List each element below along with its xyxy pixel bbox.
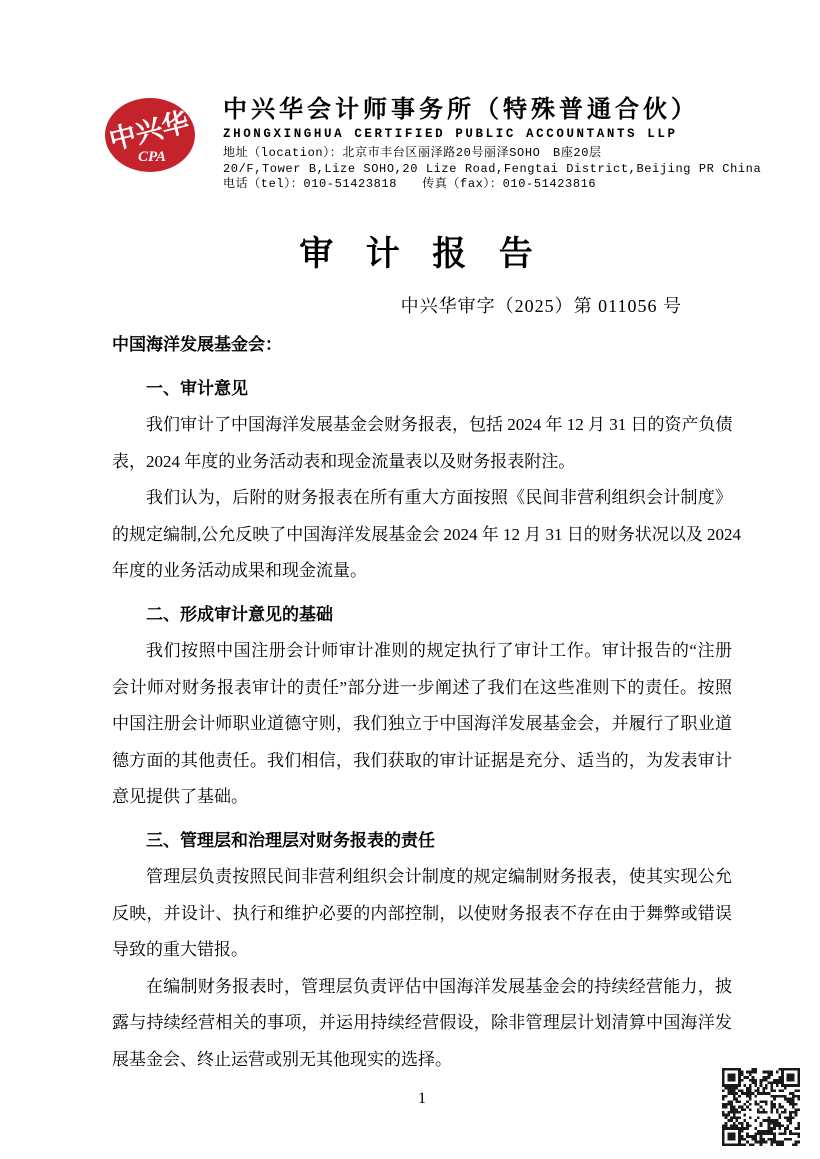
qr-code [722, 1068, 800, 1146]
paragraph-line: 中国注册会计师职业道德守则，我们独立于中国海洋发展基金会，并履行了职业道 [112, 706, 732, 743]
sections: 一、审计意见我们审计了中国海洋发展基金会财务报表，包括 2024 年 12 月 … [112, 371, 732, 1079]
paragraph-line: 管理层负责按照民间非营利组织会计制度的规定编制财务报表，使其实现公允 [112, 859, 732, 896]
reference-number: 中兴华审字（2025）第 011056 号 [112, 292, 682, 318]
letterhead-text: 中兴华会计师事务所（特殊普通合伙） ZHONGXINGHUA CERTIFIED… [223, 96, 761, 193]
paragraph-line: 意见提供了基础。 [112, 779, 732, 816]
paragraph-line: 我们按照中国注册会计师审计准则的规定执行了审计工作。审计报告的“注册 [112, 633, 732, 670]
section-heading: 二、形成审计意见的基础 [112, 597, 732, 634]
paragraph-line: 年度的业务活动成果和现金流量。 [112, 553, 732, 590]
audit-report-page: 中兴华 CPA 中兴华会计师事务所（特殊普通合伙） ZHONGXINGHUA C… [0, 0, 820, 1159]
paragraph-line: 在编制财务报表时，管理层负责评估中国海洋发展基金会的持续经营能力，披 [112, 969, 732, 1006]
firm-address-cn: 地址（location）：北京市丰台区丽泽路20号丽泽SOHO B座20层 [223, 146, 761, 162]
firm-tel-fax: 电话（tel）：010-51423818 传真（fax）：010-5142381… [223, 177, 761, 193]
paragraph-line: 我们认为，后附的财务报表在所有重大方面按照《民间非营利组织会计制度》 [112, 480, 732, 517]
firm-name-cn: 中兴华会计师事务所（特殊普通合伙） [223, 96, 761, 124]
firm-address-en: 20/F,Tower B,Lize SOHO,20 Lize Road,Feng… [223, 162, 761, 178]
report-body: 中国海洋发展基金会： 一、审计意见我们审计了中国海洋发展基金会财务报表，包括 2… [112, 327, 732, 1078]
paragraph-line: 露与持续经营相关的事项，并运用持续经营假设，除非管理层计划清算中国海洋发 [112, 1005, 732, 1042]
letterhead: 中兴华 CPA 中兴华会计师事务所（特殊普通合伙） ZHONGXINGHUA C… [103, 96, 761, 193]
document-title: 审 计 报 告 [112, 226, 732, 275]
firm-logo-icon: 中兴华 CPA [103, 96, 197, 176]
paragraph-line: 表，2024 年度的业务活动表和现金流量表以及财务报表附注。 [112, 444, 732, 481]
paragraph: 我们审计了中国海洋发展基金会财务报表，包括 2024 年 12 月 31 日的资… [112, 407, 732, 480]
firm-name-en: ZHONGXINGHUA CERTIFIED PUBLIC ACCOUNTANT… [223, 127, 761, 142]
paragraph-line: 的规定编制,公允反映了中国海洋发展基金会 2024 年 12 月 31 日的财务… [112, 517, 732, 554]
paragraph: 我们认为，后附的财务报表在所有重大方面按照《民间非营利组织会计制度》的规定编制,… [112, 480, 732, 590]
paragraph: 我们按照中国注册会计师审计准则的规定执行了审计工作。审计报告的“注册会计师对财务… [112, 633, 732, 816]
paragraph: 在编制财务报表时，管理层负责评估中国海洋发展基金会的持续经营能力，披露与持续经营… [112, 969, 732, 1079]
paragraph: 管理层负责按照民间非营利组织会计制度的规定编制财务报表，使其实现公允反映，并设计… [112, 859, 732, 969]
paragraph-line: 导致的重大错报。 [112, 932, 732, 969]
paragraph-line: 会计师对财务报表审计的责任”部分进一步阐述了我们在这些准则下的责任。按照 [112, 670, 732, 707]
paragraph-line: 我们审计了中国海洋发展基金会财务报表，包括 2024 年 12 月 31 日的资… [112, 407, 732, 444]
addressee: 中国海洋发展基金会： [112, 327, 732, 364]
section-heading: 一、审计意见 [112, 371, 732, 408]
paragraph-line: 展基金会、终止运营或别无其他现实的选择。 [112, 1042, 732, 1079]
paragraph-line: 反映，并设计、执行和维护必要的内部控制，以使财务报表不存在由于舞弊或错误 [112, 896, 732, 933]
logo-cpa-text: CPA [138, 149, 166, 165]
page-number: 1 [112, 1090, 732, 1108]
paragraph-line: 德方面的其他责任。我们相信，我们获取的审计证据是充分、适当的，为发表审计 [112, 743, 732, 780]
section-heading: 三、管理层和治理层对财务报表的责任 [112, 823, 732, 860]
